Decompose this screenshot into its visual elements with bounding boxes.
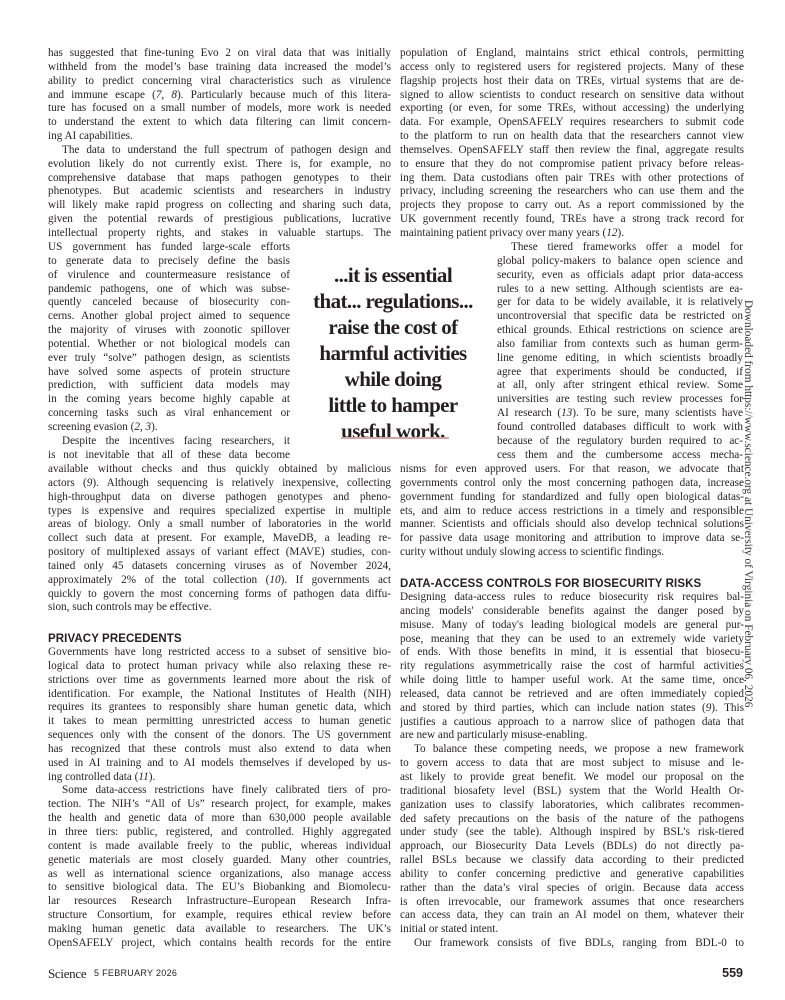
text-line: is not inevitable that all of these data… <box>48 449 290 463</box>
paragraph-group: Designing data-access rules to reduce bi… <box>400 591 744 951</box>
text-line: population of England, maintains strict … <box>400 47 744 61</box>
text-line: as well as international science organiz… <box>48 868 391 882</box>
left-column-privacy: Governments have long restricted access … <box>48 646 391 951</box>
text-line: of virulence and countermeasure resistan… <box>48 269 290 283</box>
text-line: to govern access to data that are most s… <box>400 757 744 771</box>
text-line: ever truly “solve” pathogen design, as s… <box>48 352 290 366</box>
text-line: lar resources Research Infrastructure–Eu… <box>48 895 391 909</box>
text-line: pandemic pathogens, one of which was sub… <box>48 283 290 297</box>
text-line: Some data-access restrictions have finel… <box>48 784 391 798</box>
text-line: phenotypes. But academic scientists and … <box>48 185 391 199</box>
text-line: UK government recently found, TREs have … <box>400 213 744 227</box>
text-line: ing them. Data custodians often pair TRE… <box>400 172 744 186</box>
text-line: and immune escape (7, 8). Particularly b… <box>48 89 391 103</box>
text-line: comprehensive database that maps pathoge… <box>48 172 391 186</box>
text-line: rather than the data’s viral species of … <box>400 882 744 896</box>
pull-quote-line: little to hamper <box>296 392 490 418</box>
text-line: cerns. Another global project aimed to s… <box>48 310 290 324</box>
text-line: ability to predict concerning viral char… <box>48 75 391 89</box>
text-line: maintaining patient privacy over many ye… <box>400 227 744 241</box>
text-line: prediction, with sufficient data models … <box>48 379 290 393</box>
text-line: approximately 2% of the total collection… <box>48 574 391 588</box>
text-line: security, even as officials adapt prior … <box>497 269 743 283</box>
text-line: has suggested that fine-tuning Evo 2 on … <box>48 47 391 61</box>
text-line: strictions over time as governments lear… <box>48 674 391 688</box>
issue-date: 5 FEBRUARY 2026 <box>94 968 177 978</box>
text-line: governments control only the most concer… <box>400 477 744 491</box>
text-line: ast likely to provide great benefit. We … <box>400 771 744 785</box>
text-line: identification. For example, the Nationa… <box>48 688 391 702</box>
text-line: approach, our Biosecurity Data Levels (B… <box>400 840 744 854</box>
text-line: genetic materials are most closely guard… <box>48 854 391 868</box>
pull-quote-line: that... regulations... <box>296 288 490 314</box>
text-line: and stored by third parties, which can i… <box>400 702 744 716</box>
text-line: for passive data usage monitoring and at… <box>400 532 744 546</box>
text-line: The data to understand the full spectrum… <box>48 144 391 158</box>
text-line: To balance these competing needs, we pro… <box>400 743 744 757</box>
text-line: evolution likely do not currently exist.… <box>48 158 391 172</box>
text-line: pose, meaning that they can be used to a… <box>400 633 744 647</box>
paragraph-group: Governments have long restricted access … <box>48 646 391 951</box>
right-column-narrow: These tiered frameworks offer a model fo… <box>497 241 743 463</box>
text-line: released, data cannot be retrieved and a… <box>400 688 744 702</box>
section-heading-biosecurity: DATA-ACCESS CONTROLS FOR BIOSECURITY RIS… <box>400 577 701 591</box>
download-note-text: Downloaded from https://www.science.org … <box>742 300 754 707</box>
text-line: high-throughput data on diverse pathogen… <box>48 491 391 505</box>
text-line: logical data to protect human privacy wh… <box>48 660 391 674</box>
text-line: to ensure that they do not compromise pa… <box>400 158 744 172</box>
text-line: flagship projects host their data on TRE… <box>400 75 744 89</box>
right-column-biosecurity: Designing data-access rules to reduce bi… <box>400 591 744 951</box>
paragraph-group: nisms for even approved users. For that … <box>400 463 744 560</box>
journal-logo: Science <box>48 966 86 982</box>
text-line: can access data, they can train an AI mo… <box>400 909 744 923</box>
text-line: ded safety precautions on the basis of t… <box>400 813 744 827</box>
text-line: traditional biosafety level (BSL) system… <box>400 785 744 799</box>
text-line: because of the regulatory burden require… <box>497 435 743 449</box>
text-line: found controlled databases difficult to … <box>497 421 743 435</box>
text-line: making human genetic data available to r… <box>48 923 391 937</box>
pull-quote-rule <box>341 437 449 439</box>
pull-quote-line: useful work. <box>296 418 490 444</box>
text-line: to sensitive biological data. The EU’s B… <box>48 881 391 895</box>
text-line: misuse. Many of today's leading biologic… <box>400 619 744 633</box>
download-note: Downloaded from https://www.science.org … <box>738 300 758 700</box>
text-line: ture has focused on a small number of mo… <box>48 102 391 116</box>
text-line: Despite the incentives facing researcher… <box>48 435 290 449</box>
text-line: content is made available freely to the … <box>48 840 391 854</box>
text-line: types is expensive and requires speciali… <box>48 505 391 519</box>
text-line: to understand the extent to which data f… <box>48 116 391 130</box>
text-line: ger for data to be widely available, it … <box>497 296 743 310</box>
text-line: OpenSAFELY project, which contains healt… <box>48 937 391 951</box>
text-line: also familiar from contexts such as huma… <box>497 338 743 352</box>
page-footer: Science 5 FEBRUARY 2026 559 <box>48 966 745 984</box>
left-column-lower: available without checks and thus quickl… <box>48 463 391 615</box>
text-line: ethical grounds. Ethical restrictions on… <box>497 324 743 338</box>
text-line: concerning tasks such as viral enhanceme… <box>48 407 290 421</box>
text-line: global policy-makers to balance open sci… <box>497 255 743 269</box>
text-line: manner. Scientists and officials should … <box>400 518 744 532</box>
text-line: given the potential rewards of prestigio… <box>48 213 391 227</box>
pull-quote-line: harmful activities <box>296 340 490 366</box>
text-line: initial or stated intent. <box>400 923 744 937</box>
text-line: signed to allow scientists to conduct re… <box>400 89 744 103</box>
text-line: cess them and the cumbersome access mech… <box>497 449 743 463</box>
page-number: 559 <box>722 966 743 980</box>
text-line: available without checks and thus quickl… <box>48 463 391 477</box>
text-line: it takes to mean permitting unrestricted… <box>48 715 391 729</box>
text-line: ets, and aim to reduce access restrictio… <box>400 505 744 519</box>
text-line: agree that experiments should be conduct… <box>497 366 743 380</box>
text-line: universities are testing such review pro… <box>497 393 743 407</box>
text-line: potential. Whether or not biological mod… <box>48 338 290 352</box>
text-line: has recognized that these controls must … <box>48 743 391 757</box>
text-line: is often irrevocable, our framework assu… <box>400 896 744 910</box>
text-line: access only to registered users for regi… <box>400 61 744 75</box>
text-line: collect such data at present. For exampl… <box>48 532 391 546</box>
text-line: intellectual property rights, and stakes… <box>48 227 391 241</box>
pull-quote: ...it is essentialthat... regulations...… <box>296 262 490 444</box>
text-line: tection. The NIH’s “All of Us” research … <box>48 798 391 812</box>
text-line: rules to a new setting. Although scienti… <box>497 283 743 297</box>
text-line: used in AI training and to AI models the… <box>48 757 391 771</box>
text-line: pository of multiplexed assays of varian… <box>48 546 391 560</box>
text-line: justifies a cautious approach to a narro… <box>400 716 744 730</box>
text-line: to generate data to precisely define the… <box>48 255 290 269</box>
text-line: under study (see the table). Although in… <box>400 826 744 840</box>
text-line: are new and particularly misuse-enabling… <box>400 729 744 743</box>
text-line: nisms for even approved users. For that … <box>400 463 744 477</box>
text-line: data. For example, OpenSAFELY requires r… <box>400 116 744 130</box>
text-line: to the platform to run on health data th… <box>400 130 744 144</box>
text-line: exporting (or even, for some TREs, witho… <box>400 102 744 116</box>
text-line: while doing little to hamper useful work… <box>400 674 744 688</box>
left-column: has suggested that fine-tuning Evo 2 on … <box>48 47 391 241</box>
text-line: sion, such controls may be effective. <box>48 601 391 615</box>
text-line: in the coming years become highly capabl… <box>48 393 290 407</box>
text-line: curity without unduly slowing access to … <box>400 546 744 560</box>
text-line: rity regulations asymmetrically raise th… <box>400 660 744 674</box>
section-heading-privacy: PRIVACY PRECEDENTS <box>48 632 182 646</box>
text-line: screening evasion (2, 3). <box>48 421 290 435</box>
text-line: have solved some aspects of protein stru… <box>48 366 290 380</box>
text-line: requires its grantees to responsibly sha… <box>48 701 391 715</box>
text-line: in three tiers: public, registered, and … <box>48 826 391 840</box>
text-line: sequences only with the consent of the d… <box>48 729 391 743</box>
text-line: the majority of viruses with zoonotic sp… <box>48 324 290 338</box>
paragraph-group: population of England, maintains strict … <box>400 47 744 241</box>
text-line: ing controlled data (11). <box>48 771 391 785</box>
paragraph-group: These tiered frameworks offer a model fo… <box>497 241 743 463</box>
pull-quote-line: raise the cost of <box>296 314 490 340</box>
text-line: ancing models' considerable benefits aga… <box>400 605 744 619</box>
text-line: rallel BSLs because we classify data acc… <box>400 854 744 868</box>
text-line: ganization uses to classify laboratories… <box>400 799 744 813</box>
right-column-lower: nisms for even approved users. For that … <box>400 463 744 560</box>
text-line: of ends. With those benefits in mind, it… <box>400 646 744 660</box>
text-line: structure Consortium, for example, requi… <box>48 909 391 923</box>
text-line: uncontroversial that specific data be re… <box>497 310 743 324</box>
paragraph-group: US government has funded large-scale eff… <box>48 241 290 463</box>
text-line: ability to confer concerning predictive … <box>400 868 744 882</box>
text-line: the health and genetic data of more than… <box>48 812 391 826</box>
text-line: Designing data-access rules to reduce bi… <box>400 591 744 605</box>
paragraph-group: available without checks and thus quickl… <box>48 463 391 615</box>
text-line: will likely make rapid progress on colle… <box>48 199 391 213</box>
text-line: US government has funded large-scale eff… <box>48 241 290 255</box>
text-line: Our framework consists of five BDLs, ran… <box>400 937 744 951</box>
left-column-narrow: US government has funded large-scale eff… <box>48 241 290 463</box>
right-column: population of England, maintains strict … <box>400 47 744 241</box>
text-line: line genome editing, in which scientists… <box>497 352 743 366</box>
text-line: AI research (13). To be sure, many scien… <box>497 407 743 421</box>
text-line: privacy, including screening the researc… <box>400 185 744 199</box>
text-line: themselves. OpenSAFELY staff then review… <box>400 144 744 158</box>
text-line: actors (9). Although sequencing is relat… <box>48 477 391 491</box>
pull-quote-line: ...it is essential <box>296 262 490 288</box>
text-line: quickly to govern the most concerning fo… <box>48 588 391 602</box>
text-line: at all, only after stringent ethical rev… <box>497 379 743 393</box>
text-line: These tiered frameworks offer a model fo… <box>497 241 743 255</box>
text-line: Governments have long restricted access … <box>48 646 391 660</box>
text-line: tained only 45 datasets concerning virus… <box>48 560 391 574</box>
text-line: projects they propose to carry out. As a… <box>400 199 744 213</box>
text-line: ing AI capabilities. <box>48 130 391 144</box>
paragraph-group: has suggested that fine-tuning Evo 2 on … <box>48 47 391 241</box>
text-line: government funding for standardized and … <box>400 491 744 505</box>
text-line: areas of biology. Only a small number of… <box>48 518 391 532</box>
text-line: quently canceled because of biosecurity … <box>48 296 290 310</box>
pull-quote-line: while doing <box>296 366 490 392</box>
text-line: withheld from the model’s base training … <box>48 61 391 75</box>
